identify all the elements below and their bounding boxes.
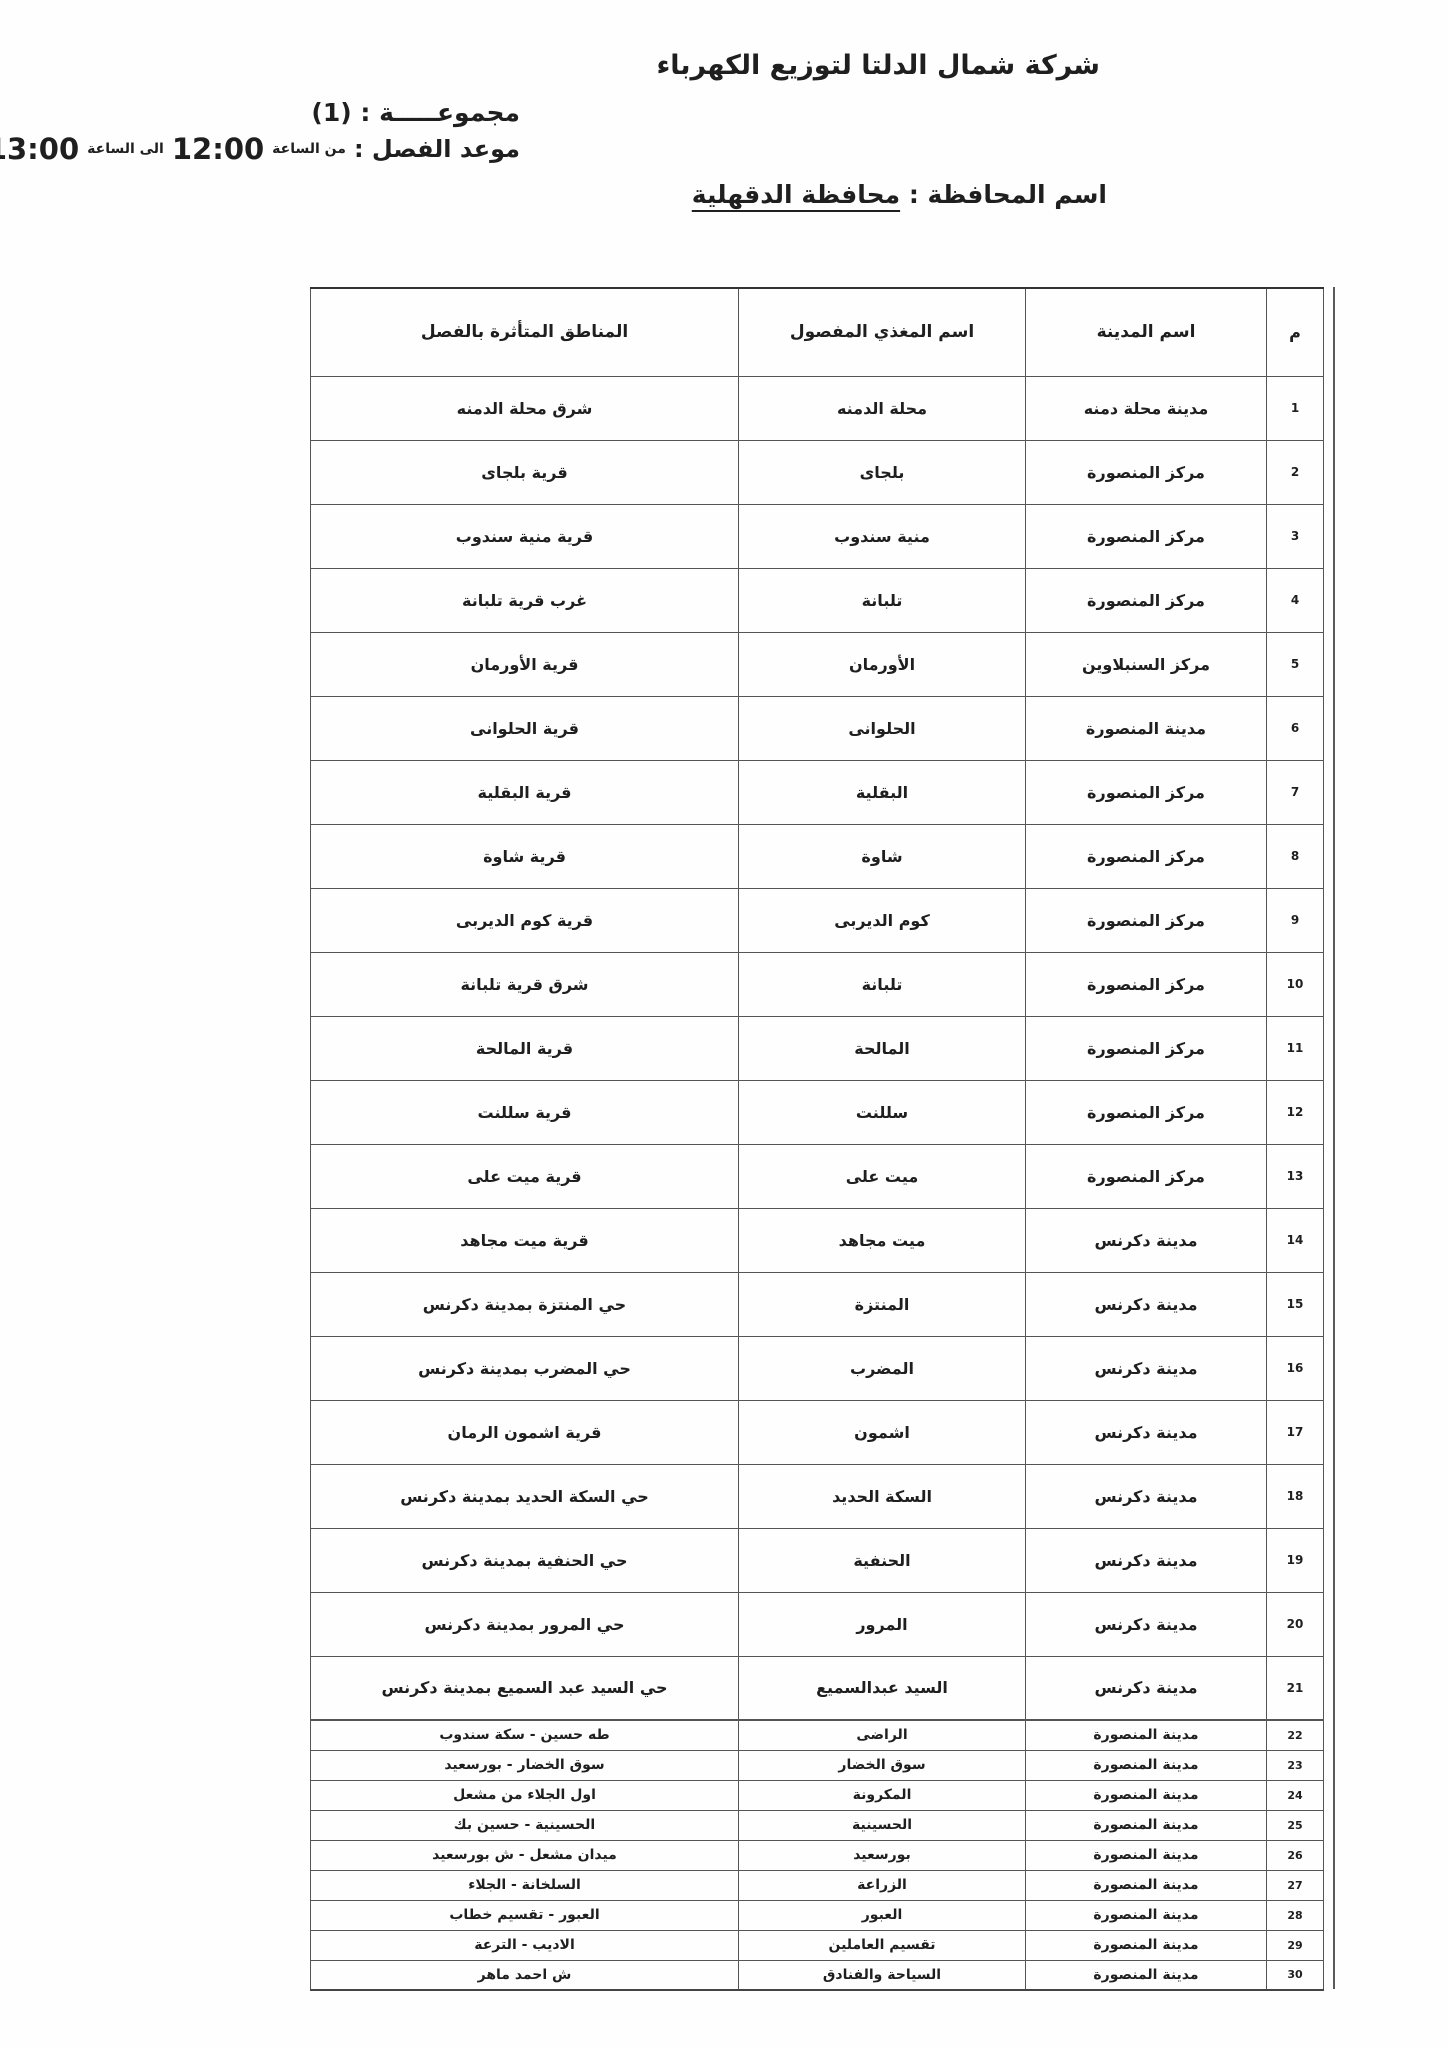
row-number-cell: 14 [1267,1208,1324,1272]
areas-cell: حي المضرب بمدينة دكرنس [311,1336,739,1400]
areas-cell: الاديب - الترعة [311,1930,739,1960]
city-cell: مركز المنصورة [1026,760,1267,824]
row-number-cell: 10 [1267,952,1324,1016]
governorate-line: اسم المحافظة : محافظة الدقهلية [692,180,1107,209]
city-cell: مركز السنبلاوين [1026,632,1267,696]
table-row: 2 مركز المنصورة بلجاى قرية بلجاى [311,440,1324,504]
areas-cell: اول الجلاء من مشعل [311,1780,739,1810]
city-cell: مركز المنصورة [1026,504,1267,568]
governorate-label: اسم المحافظة : [909,180,1107,209]
row-number-cell: 7 [1267,760,1324,824]
areas-cell: حي المنتزة بمدينة دكرنس [311,1272,739,1336]
areas-cell: قرية اشمون الرمان [311,1400,739,1464]
areas-cell: حي الحنفية بمدينة دكرنس [311,1528,739,1592]
city-cell: مدينة دكرنس [1026,1656,1267,1720]
table-row: 4 مركز المنصورة تلبانة غرب قرية تلبانة [311,568,1324,632]
city-cell: مدينة المنصورة [1026,1720,1267,1750]
city-cell: مدينة المنصورة [1026,1750,1267,1780]
city-cell: مركز المنصورة [1026,888,1267,952]
table-row: 23 مدينة المنصورة سوق الخضار سوق الخضار … [311,1750,1324,1780]
feeder-cell: الحسينية [739,1810,1026,1840]
row-number-cell: 11 [1267,1016,1324,1080]
row-number-cell: 29 [1267,1930,1324,1960]
table-row: 29 مدينة المنصورة تقسيم العاملين الاديب … [311,1930,1324,1960]
feeder-cell: بورسعيد [739,1840,1026,1870]
row-number-cell: 18 [1267,1464,1324,1528]
areas-cell: ميدان مشعل - ش بورسعيد [311,1840,739,1870]
feeder-cell: المرور [739,1592,1026,1656]
row-number-cell: 8 [1267,824,1324,888]
areas-cell: قرية ميت مجاهد [311,1208,739,1272]
feeder-cell: سوق الخضار [739,1750,1026,1780]
city-cell: مدينة المنصورة [1026,1900,1267,1930]
table-row: 13 مركز المنصورة ميت على قرية ميت على [311,1144,1324,1208]
from-hour-label: من الساعة [272,141,346,157]
table-row: 6 مدينة المنصورة الحلوانى قرية الحلوانى [311,696,1324,760]
areas-cell: غرب قرية تلبانة [311,568,739,632]
feeder-cell: ميت مجاهد [739,1208,1026,1272]
areas-cell: قرية ميت على [311,1144,739,1208]
feeder-cell: المضرب [739,1336,1026,1400]
feeder-cell: المكرونة [739,1780,1026,1810]
feeder-cell: السكة الحديد [739,1464,1026,1528]
feeder-cell: شاوة [739,824,1026,888]
feeder-cell: تلبانة [739,952,1026,1016]
table-row: 19 مدينة دكرنس الحنفية حي الحنفية بمدينة… [311,1528,1324,1592]
feeder-cell: المالحة [739,1016,1026,1080]
table-row: 26 مدينة المنصورة بورسعيد ميدان مشعل - ش… [311,1840,1324,1870]
city-cell: مركز المنصورة [1026,824,1267,888]
table-row: 10 مركز المنصورة تلبانة شرق قرية تلبانة [311,952,1324,1016]
feeder-cell: الحنفية [739,1528,1026,1592]
table-right-double-border [1333,287,1335,1989]
city-cell: مركز المنصورة [1026,1016,1267,1080]
header-areas: المناطق المتأثرة بالفصل [311,288,739,376]
city-cell: مدينة دكرنس [1026,1528,1267,1592]
city-cell: مركز المنصورة [1026,952,1267,1016]
table-row: 12 مركز المنصورة سللنت قرية سللنت [311,1080,1324,1144]
city-cell: مدينة المنصورة [1026,1810,1267,1840]
table-row: 28 مدينة المنصورة العبور العبور - تقسيم … [311,1900,1324,1930]
feeder-cell: الزراعة [739,1870,1026,1900]
areas-cell: ش احمد ماهر [311,1960,739,1990]
row-number-cell: 20 [1267,1592,1324,1656]
feeder-cell: السياحة والفنادق [739,1960,1026,1990]
table-row: 7 مركز المنصورة البقلية قرية البقلية [311,760,1324,824]
areas-cell: العبور - تقسيم خطاب [311,1900,739,1930]
city-cell: مركز المنصورة [1026,1080,1267,1144]
table-row: 30 مدينة المنصورة السياحة والفنادق ش احم… [311,1960,1324,1990]
table-row: 16 مدينة دكرنس المضرب حي المضرب بمدينة د… [311,1336,1324,1400]
row-number-cell: 26 [1267,1840,1324,1870]
outage-time-label: موعد الفصل : [354,135,520,163]
city-cell: مركز المنصورة [1026,440,1267,504]
row-number-cell: 6 [1267,696,1324,760]
city-cell: مدينة محلة دمنه [1026,376,1267,440]
feeder-cell: سللنت [739,1080,1026,1144]
areas-cell: قرية المالحة [311,1016,739,1080]
to-hour-value: 13:00 [0,132,79,166]
outage-table: م اسم المدينة اسم المغذي المفصول المناطق… [310,287,1324,1991]
city-cell: مركز المنصورة [1026,1144,1267,1208]
feeder-cell: الحلوانى [739,696,1026,760]
table-row: 15 مدينة دكرنس المنتزة حي المنتزة بمدينة… [311,1272,1324,1336]
outage-time-line: موعد الفصل : من الساعة 12:00 الى الساعة … [0,132,520,166]
table-row: 20 مدينة دكرنس المرور حي المرور بمدينة د… [311,1592,1324,1656]
areas-cell: الحسينية - حسين بك [311,1810,739,1840]
city-cell: مدينة دكرنس [1026,1464,1267,1528]
table-row: 9 مركز المنصورة كوم الديربى قرية كوم الد… [311,888,1324,952]
areas-cell: قرية شاوة [311,824,739,888]
row-number-cell: 4 [1267,568,1324,632]
table-row: 22 مدينة المنصورة الراضى طه حسين - سكة س… [311,1720,1324,1750]
areas-cell: قرية كوم الديربى [311,888,739,952]
table-row: 27 مدينة المنصورة الزراعة السلخانة - الج… [311,1870,1324,1900]
areas-cell: قرية البقلية [311,760,739,824]
feeder-cell: ميت على [739,1144,1026,1208]
row-number-cell: 1 [1267,376,1324,440]
areas-cell: شرق محلة الدمنه [311,376,739,440]
company-name: شركة شمال الدلتا لتوزيع الكهرباء [656,50,1100,81]
table-row: 17 مدينة دكرنس اشمون قرية اشمون الرمان [311,1400,1324,1464]
areas-cell: السلخانة - الجلاء [311,1870,739,1900]
group-label: مجموعـــــة : (1) [311,98,520,127]
city-cell: مدينة دكرنس [1026,1592,1267,1656]
city-cell: مدينة المنصورة [1026,1840,1267,1870]
feeder-cell: المنتزة [739,1272,1026,1336]
header-city: اسم المدينة [1026,288,1267,376]
row-number-cell: 21 [1267,1656,1324,1720]
table-header-row: م اسم المدينة اسم المغذي المفصول المناطق… [311,288,1324,376]
areas-cell: سوق الخضار - بورسعيد [311,1750,739,1780]
row-number-cell: 28 [1267,1900,1324,1930]
table-row: 25 مدينة المنصورة الحسينية الحسينية - حس… [311,1810,1324,1840]
feeder-cell: الأورمان [739,632,1026,696]
areas-cell: حي المرور بمدينة دكرنس [311,1592,739,1656]
row-number-cell: 19 [1267,1528,1324,1592]
row-number-cell: 13 [1267,1144,1324,1208]
city-cell: مدينة المنصورة [1026,696,1267,760]
feeder-cell: الراضى [739,1720,1026,1750]
feeder-cell: منية سندوب [739,504,1026,568]
areas-cell: قرية الأورمان [311,632,739,696]
feeder-cell: العبور [739,1900,1026,1930]
feeder-cell: محلة الدمنه [739,376,1026,440]
areas-cell: حي السكة الحديد بمدينة دكرنس [311,1464,739,1528]
areas-cell: قرية الحلوانى [311,696,739,760]
row-number-cell: 3 [1267,504,1324,568]
row-number-cell: 30 [1267,1960,1324,1990]
feeder-cell: تقسيم العاملين [739,1930,1026,1960]
areas-cell: قرية بلجاى [311,440,739,504]
table-row: 3 مركز المنصورة منية سندوب قرية منية سند… [311,504,1324,568]
row-number-cell: 25 [1267,1810,1324,1840]
row-number-cell: 9 [1267,888,1324,952]
from-hour-value: 12:00 [172,132,264,166]
header-feeder: اسم المغذي المفصول [739,288,1026,376]
areas-cell: قرية سللنت [311,1080,739,1144]
table-row: 8 مركز المنصورة شاوة قرية شاوة [311,824,1324,888]
row-number-cell: 2 [1267,440,1324,504]
feeder-cell: السيد عبدالسميع [739,1656,1026,1720]
row-number-cell: 24 [1267,1780,1324,1810]
table-row: 1 مدينة محلة دمنه محلة الدمنه شرق محلة ا… [311,376,1324,440]
city-cell: مدينة دكرنس [1026,1208,1267,1272]
city-cell: مدينة المنصورة [1026,1930,1267,1960]
row-number-cell: 22 [1267,1720,1324,1750]
table-row: 21 مدينة دكرنس السيد عبدالسميع حي السيد … [311,1656,1324,1720]
row-number-cell: 27 [1267,1870,1324,1900]
feeder-cell: كوم الديربى [739,888,1026,952]
table-row: 18 مدينة دكرنس السكة الحديد حي السكة الح… [311,1464,1324,1528]
to-hour-label: الى الساعة [87,141,164,157]
city-cell: مدينة دكرنس [1026,1336,1267,1400]
row-number-cell: 12 [1267,1080,1324,1144]
feeder-cell: بلجاى [739,440,1026,504]
areas-cell: طه حسين - سكة سندوب [311,1720,739,1750]
city-cell: مدينة دكرنس [1026,1400,1267,1464]
areas-cell: حي السيد عبد السميع بمدينة دكرنس [311,1656,739,1720]
city-cell: مدينة المنصورة [1026,1960,1267,1990]
city-cell: مدينة دكرنس [1026,1272,1267,1336]
row-number-cell: 23 [1267,1750,1324,1780]
feeder-cell: اشمون [739,1400,1026,1464]
row-number-cell: 5 [1267,632,1324,696]
city-cell: مدينة المنصورة [1026,1780,1267,1810]
areas-cell: قرية منية سندوب [311,504,739,568]
row-number-cell: 15 [1267,1272,1324,1336]
document-page: شركة شمال الدلتا لتوزيع الكهرباء مجموعــ… [0,0,1448,2048]
table-row: 24 مدينة المنصورة المكرونة اول الجلاء من… [311,1780,1324,1810]
feeder-cell: تلبانة [739,568,1026,632]
table-row: 11 مركز المنصورة المالحة قرية المالحة [311,1016,1324,1080]
city-cell: مركز المنصورة [1026,568,1267,632]
governorate-value: محافظة الدقهلية [692,180,900,209]
row-number-cell: 16 [1267,1336,1324,1400]
header-number: م [1267,288,1324,376]
table-row: 14 مدينة دكرنس ميت مجاهد قرية ميت مجاهد [311,1208,1324,1272]
feeder-cell: البقلية [739,760,1026,824]
areas-cell: شرق قرية تلبانة [311,952,739,1016]
table-row: 5 مركز السنبلاوين الأورمان قرية الأورمان [311,632,1324,696]
city-cell: مدينة المنصورة [1026,1870,1267,1900]
row-number-cell: 17 [1267,1400,1324,1464]
